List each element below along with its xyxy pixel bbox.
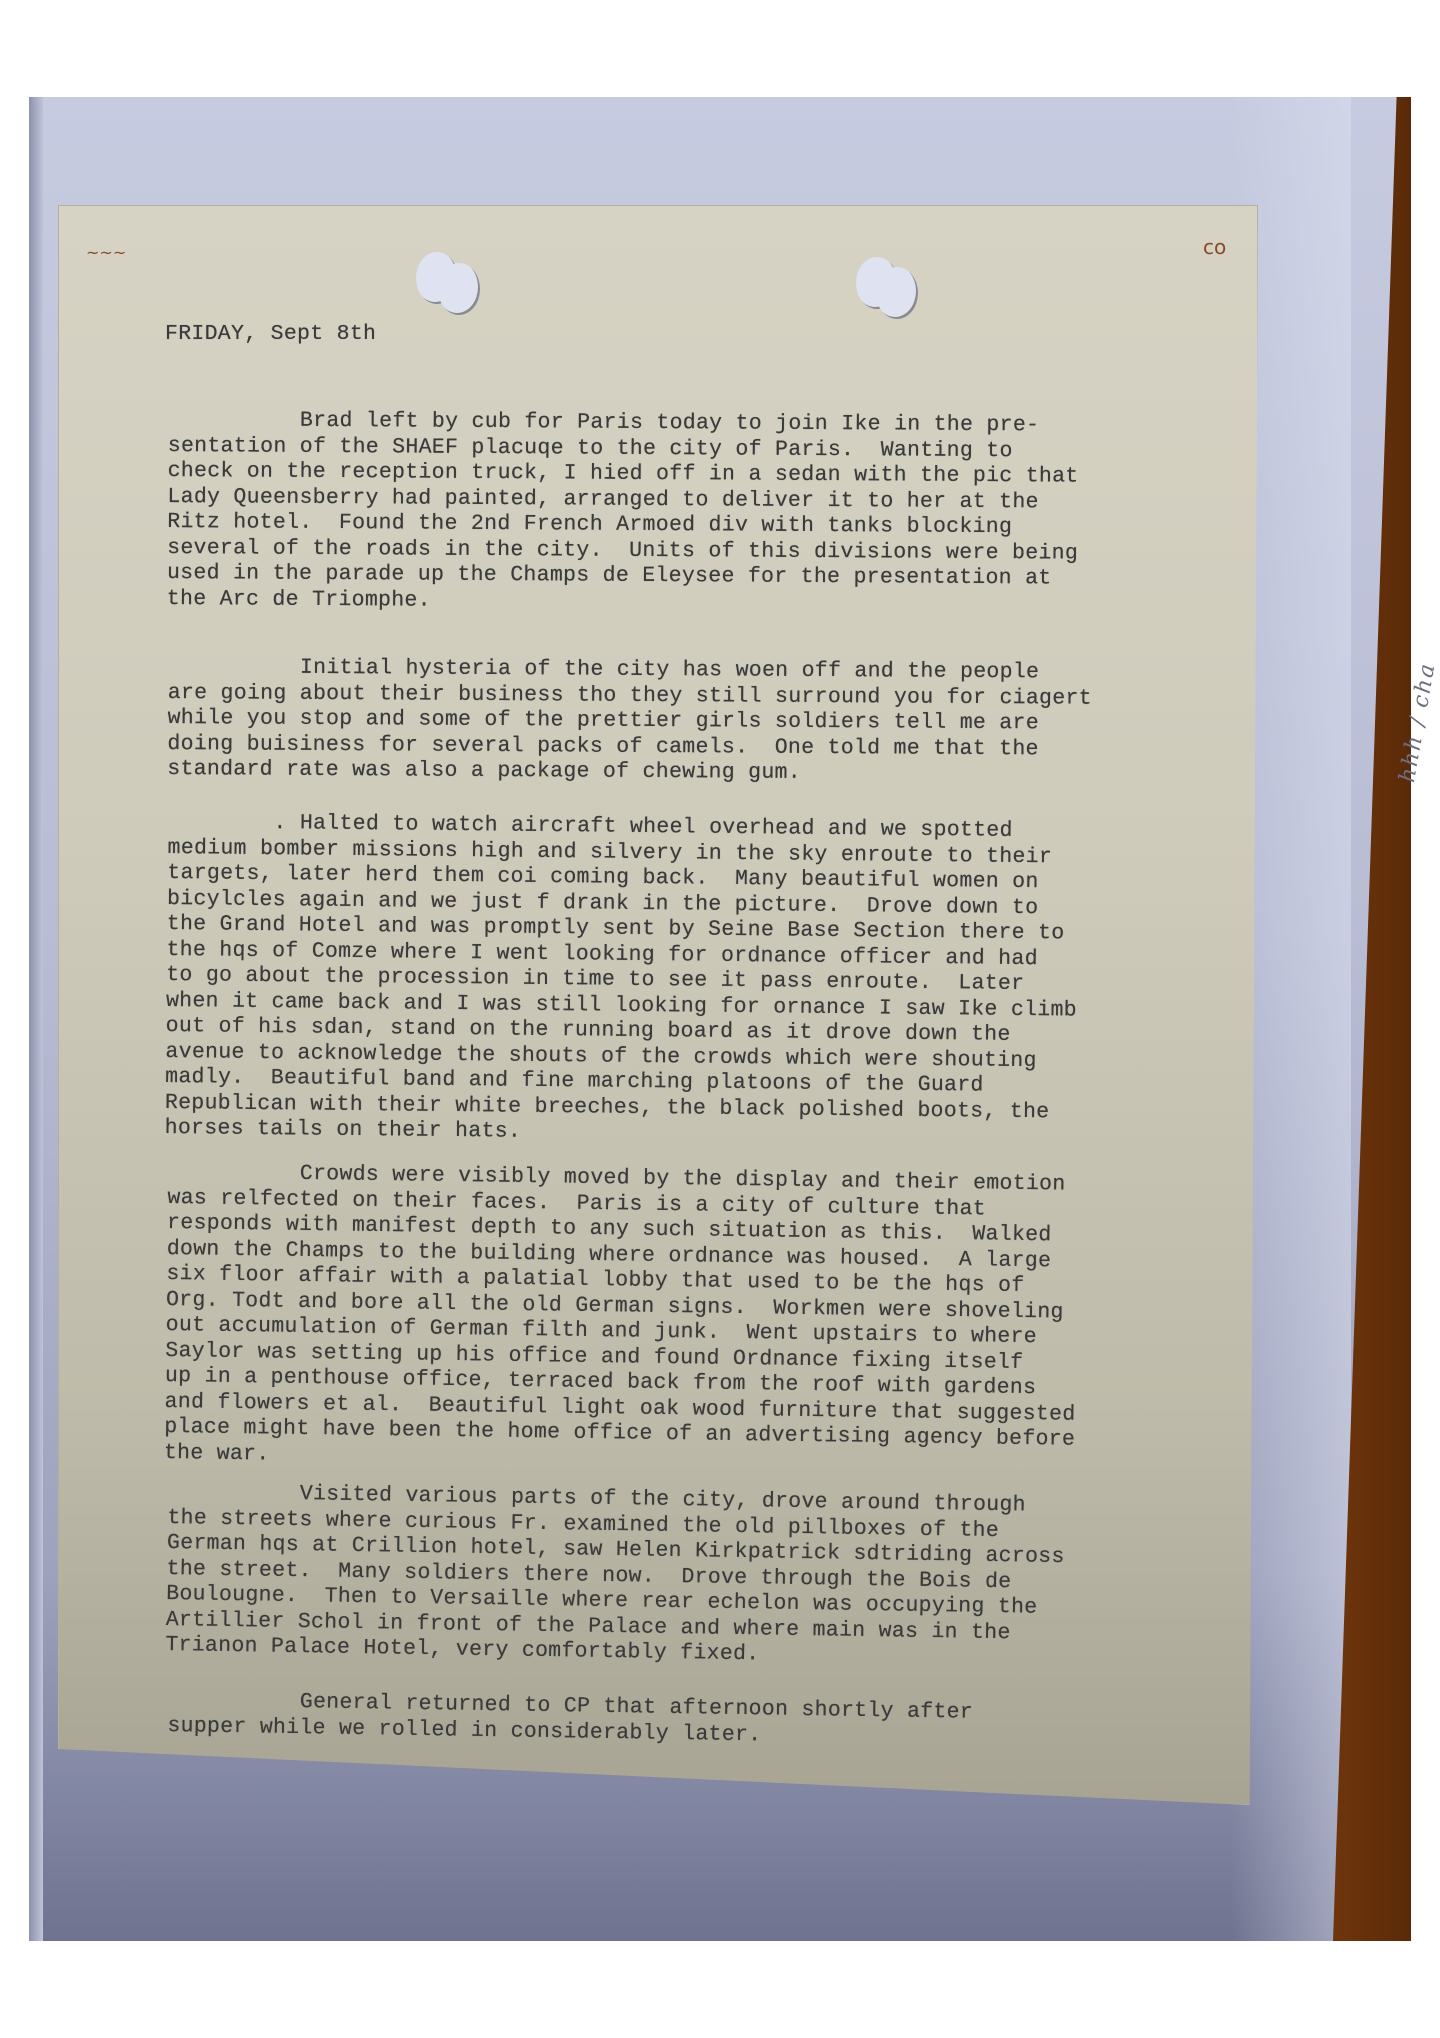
paragraph: Initial hysteria of the city has woen of… — [167, 655, 1092, 788]
paragraph: Visited various parts of the city, drove… — [165, 1480, 1065, 1673]
rust-mark-left: ~~~ — [86, 243, 126, 262]
date-heading: FRIDAY, Sept 8th — [165, 322, 376, 348]
punch-hole-right-2 — [876, 267, 918, 319]
paragraph: . Halted to watch aircraft wheel overhea… — [165, 810, 1079, 1151]
paragraph: Brad left by cub for Paris today to join… — [167, 408, 1079, 618]
paragraph: Crowds were visibly moved by the display… — [164, 1160, 1079, 1479]
punch-hole-left-2 — [438, 263, 480, 315]
rust-mark-right: co — [1203, 235, 1226, 259]
